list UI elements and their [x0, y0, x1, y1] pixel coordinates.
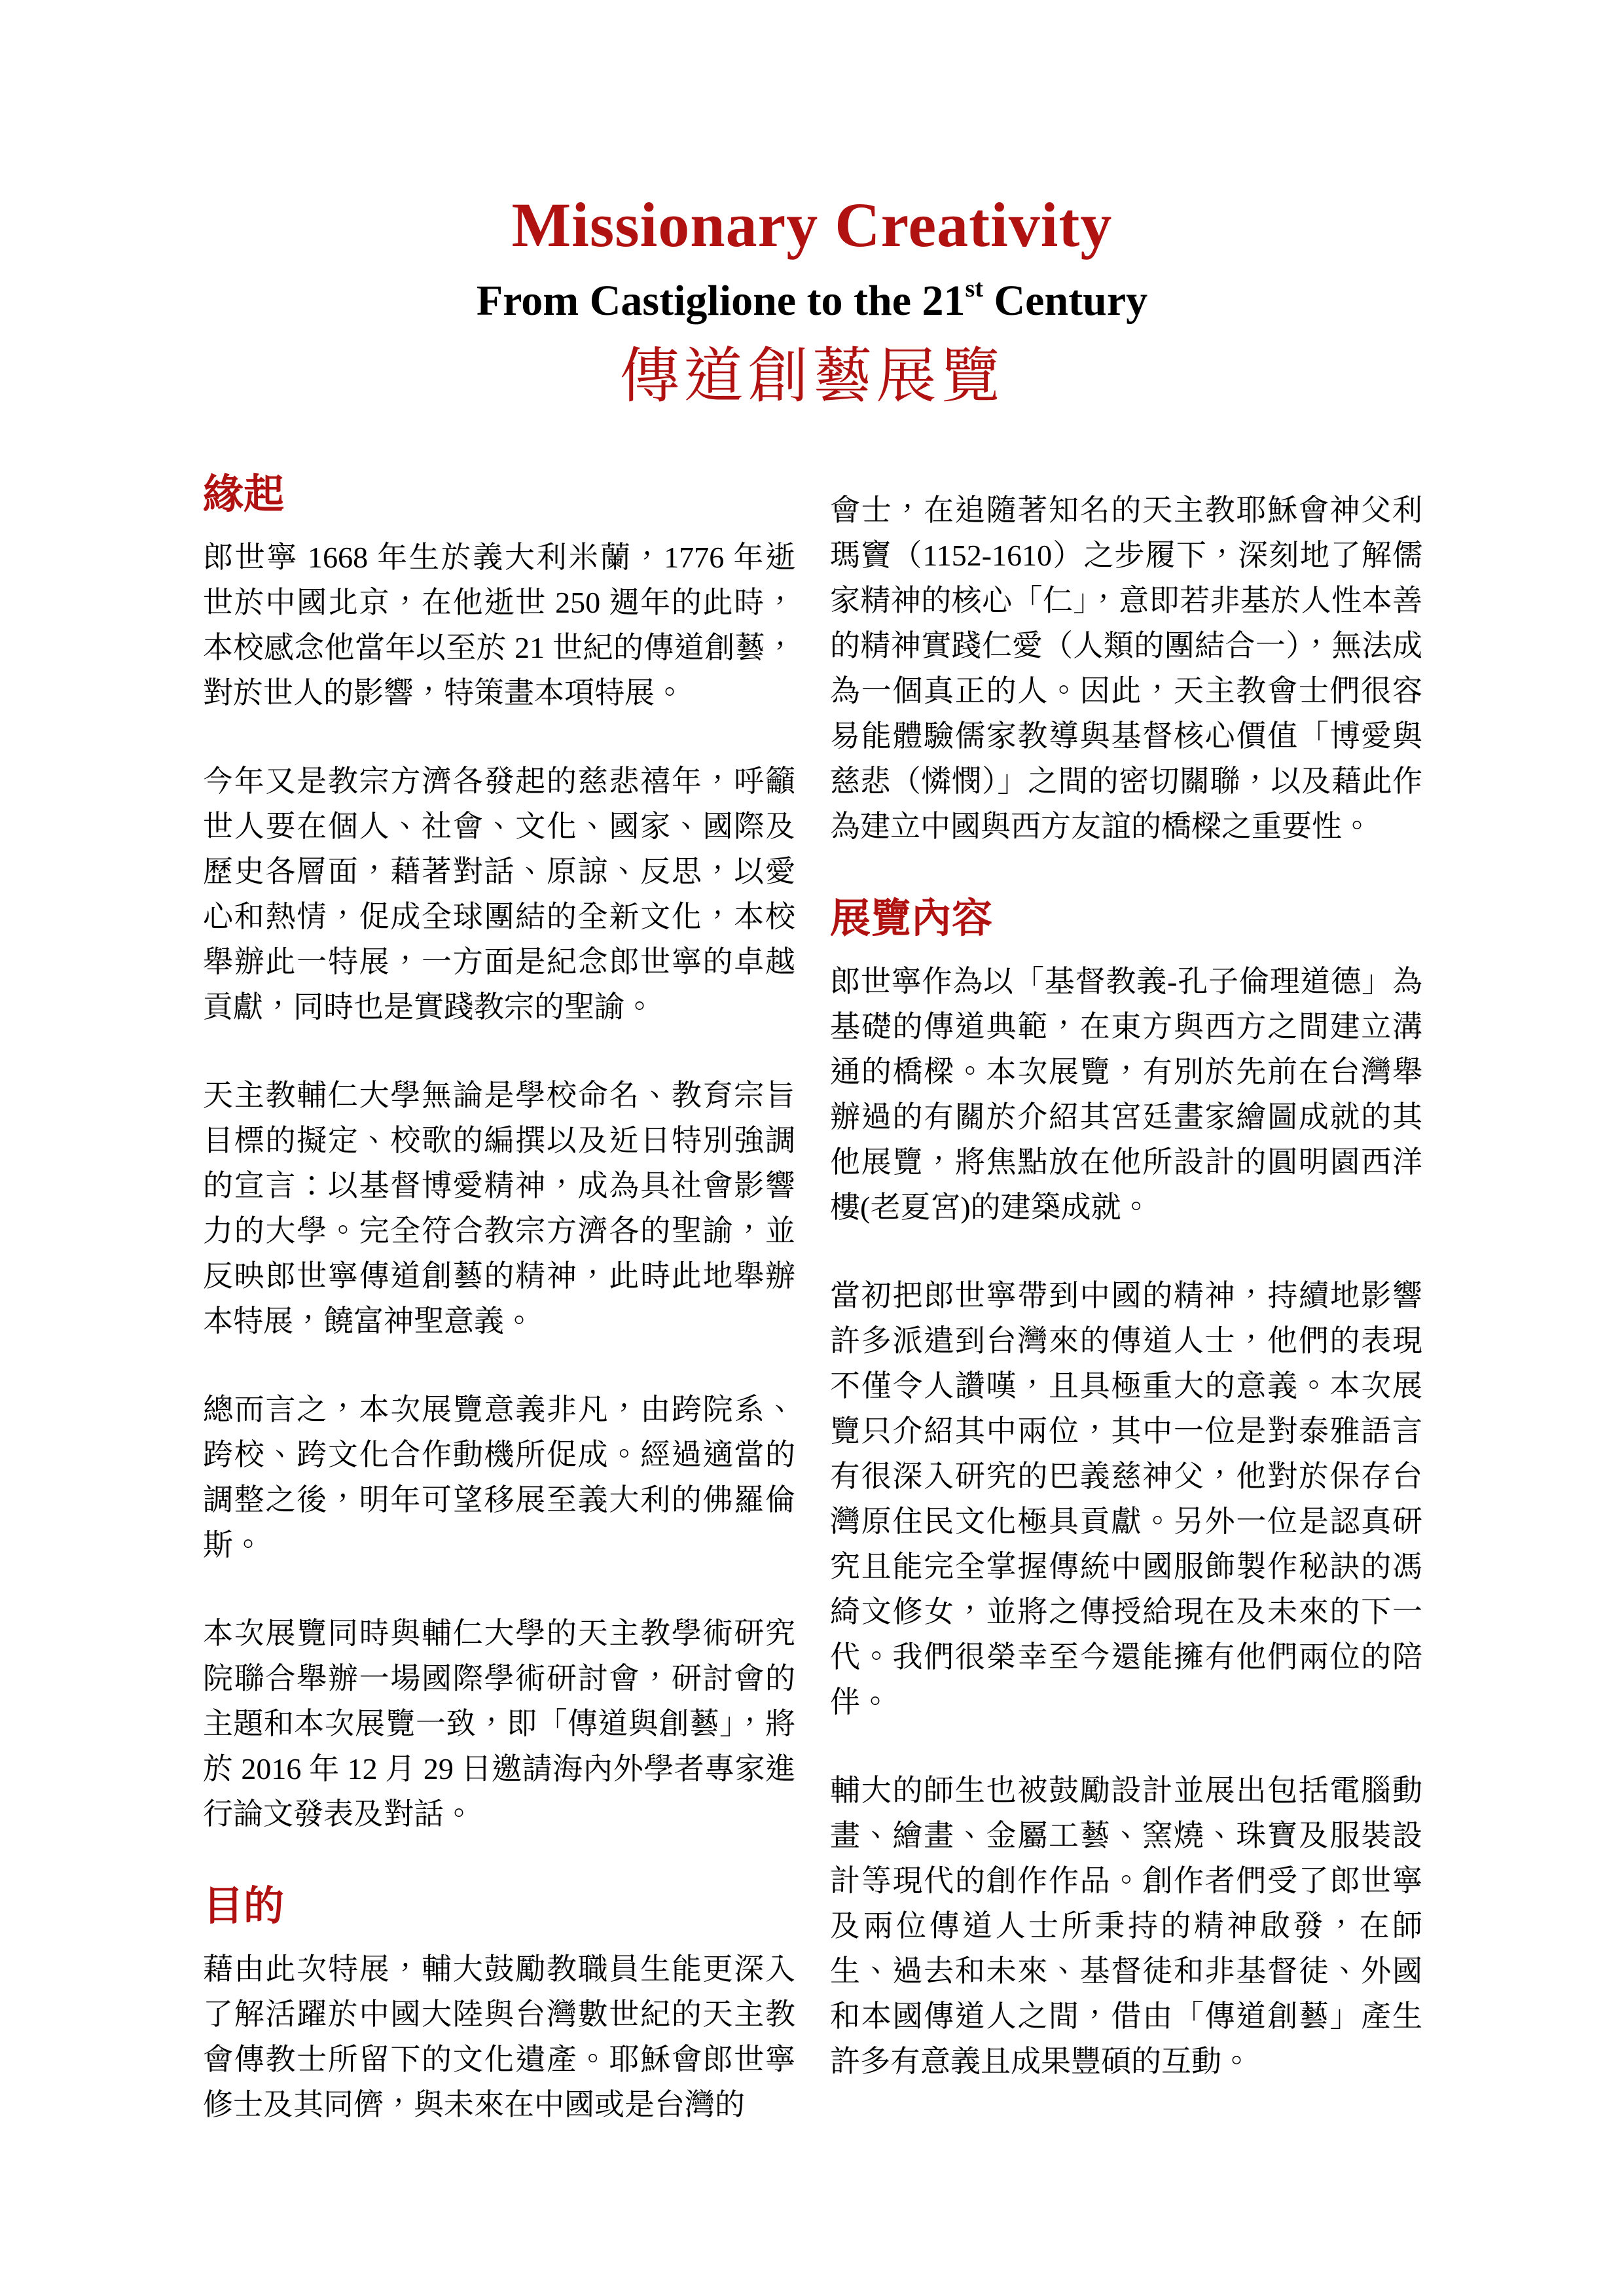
section-heading-origin: 緣起 — [203, 468, 795, 522]
section-heading-exhibition-content: 展覽內容 — [830, 892, 1422, 946]
paragraph: 本次展覽同時與輔仁大學的天主教學術研究院聯合舉辦一場國際學術研討會，研討會的主題… — [203, 1611, 795, 1837]
paragraph: 郎世寧作為以「基督教義-孔子倫理道德」為基礎的傳道典範，在東方與西方之間建立溝通… — [830, 959, 1422, 1230]
subtitle-superscript: st — [965, 275, 983, 302]
paragraph: 會士，在追隨著知名的天主教耶穌會神父利瑪竇（1152-1610）之步履下，深刻地… — [830, 488, 1422, 849]
right-column: 會士，在追隨著知名的天主教耶穌會神父利瑪竇（1152-1610）之步履下，深刻地… — [830, 488, 1422, 2127]
paragraph: 今年又是教宗方濟各發起的慈悲禧年，呼籲世人要在個人、社會、文化、國家、國際及歷史… — [203, 759, 795, 1030]
subtitle-prefix: From Castiglione to the 21 — [477, 277, 965, 325]
title-english: Missionary Creativity — [0, 188, 1624, 262]
left-column: 緣起 郎世寧 1668 年生於義大利米蘭，1776 年逝世於中國北京，在他逝世 … — [203, 468, 795, 2170]
paragraph: 總而言之，本次展覽意義非凡，由跨院系、跨校、跨文化合作動機所促成。經過適當的調整… — [203, 1387, 795, 1568]
document-page: Missionary Creativity From Castiglione t… — [0, 0, 1624, 2296]
title-chinese: 傳道創藝展覽 — [0, 338, 1624, 415]
paragraph: 天主教輔仁大學無論是學校命名、教育宗旨目標的擬定、校歌的編撰以及近日特別強調的宣… — [203, 1073, 795, 1344]
paragraph: 郎世寧 1668 年生於義大利米蘭，1776 年逝世於中國北京，在他逝世 250… — [203, 535, 795, 715]
paragraph: 當初把郎世寧帶到中國的精神，持續地影響許多派遣到台灣來的傳道人士，他們的表現不僅… — [830, 1273, 1422, 1725]
section-heading-purpose: 目的 — [203, 1880, 795, 1933]
paragraph: 藉由此次特展，輔大鼓勵教職員生能更深入了解活躍於中國大陸與台灣數世紀的天主教會傳… — [203, 1946, 795, 2127]
subtitle-suffix: Century — [983, 277, 1147, 325]
subtitle-english: From Castiglione to the 21st Century — [0, 268, 1624, 334]
document-header: Missionary Creativity From Castiglione t… — [0, 188, 1624, 415]
paragraph: 輔大的師生也被鼓勵設計並展出包括電腦動畫、繪畫、金屬工藝、窯燒、珠寶及服裝設計等… — [830, 1768, 1422, 2084]
